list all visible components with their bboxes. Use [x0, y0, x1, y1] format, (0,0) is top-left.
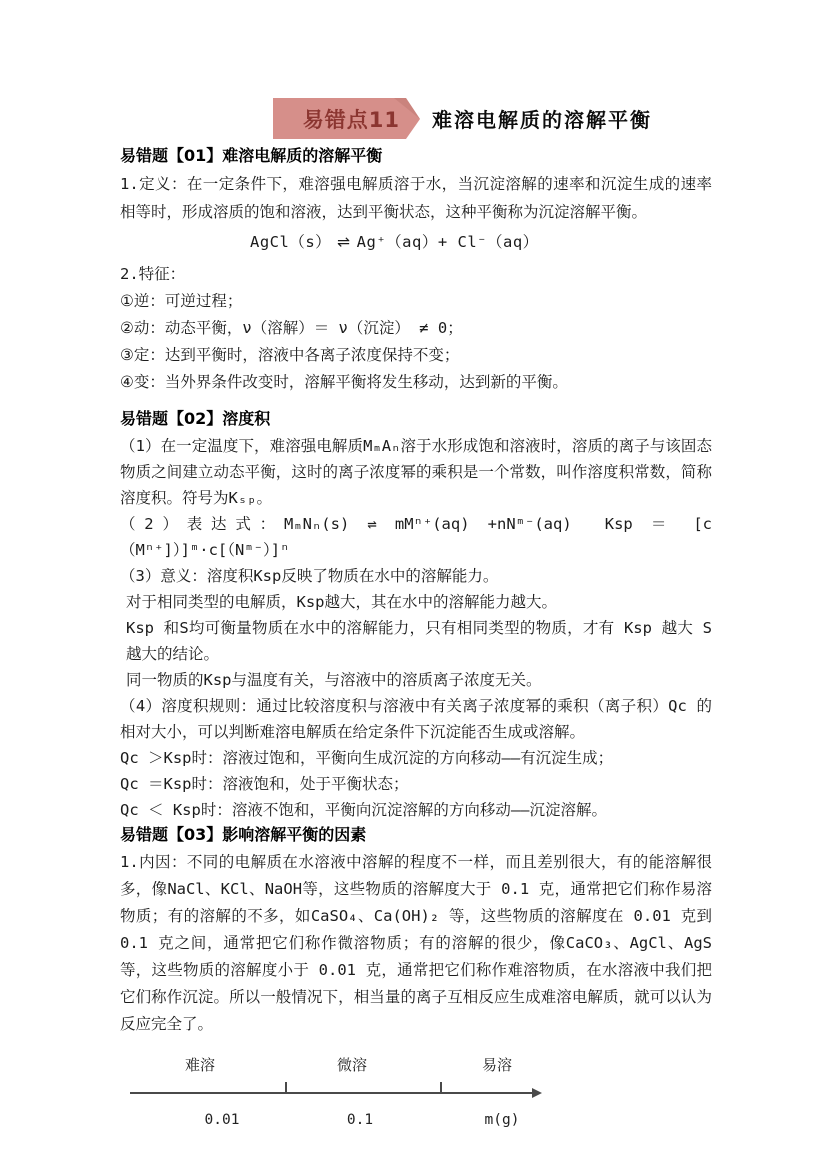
section2-heading: 易错题【02】溶度积	[120, 409, 712, 429]
ksp-solubility-paragraph: Ksp 和S均可衡量物质在水中的溶解能力，只有相同类型的物质，才有 Ksp 越大…	[120, 615, 712, 667]
internal-factor-paragraph: 1.内因：不同的电解质在水溶液中溶解的程度不一样，而且差别很大，有的能溶解很多，…	[120, 849, 712, 1038]
section1-heading: 易错题【01】难溶电解质的溶解平衡	[120, 146, 712, 166]
axis-arrowhead-icon	[532, 1088, 542, 1098]
axis-tick-0-01	[285, 1082, 287, 1093]
section3-heading: 易错题【03】影响溶解平衡的因素	[120, 825, 712, 845]
qc-less-line: Qc ＜ Ksp时：溶液不饱和，平衡向沉淀溶解的方向移动——沉淀溶解。	[120, 797, 712, 823]
title-row: 易错点11 难溶电解质的溶解平衡	[120, 97, 712, 140]
document-content: 易错点11 难溶电解质的溶解平衡 易错题【01】难溶电解质的溶解平衡 1.定义：…	[120, 97, 712, 1138]
feature-item-reversible: ①逆：可逆过程；	[120, 288, 712, 315]
banner-tag-label: 易错点11	[273, 98, 400, 139]
ksp-definition-paragraph: （1）在一定温度下，难溶强电解质MₘAₙ溶于水形成饱和溶液时，溶质的离子与该固态…	[120, 433, 712, 511]
region-label-insoluble: 难溶	[185, 1054, 215, 1075]
qc-greater-line: Qc ＞Ksp时：溶液过饱和，平衡向生成沉淀的方向移动——有沉淀生成；	[120, 745, 712, 771]
equilibrium-arrow-icon: ⇌	[331, 233, 357, 251]
definition-paragraph: 1.定义：在一定条件下，难溶强电解质溶于水，当沉淀溶解的速率和沉淀生成的速率相等…	[120, 170, 712, 226]
axis-value-0-1: 0.1	[347, 1112, 373, 1128]
ksp-rule-paragraph: （4）溶度积规则：通过比较溶度积与溶液中有关离子浓度幂的乘积（离子积）Qc 的相…	[120, 693, 712, 745]
title-banner: 易错点11	[273, 98, 420, 139]
qc-equal-line: Qc ＝Ksp时：溶液饱和，处于平衡状态；	[120, 771, 712, 797]
solubility-number-line-diagram: 难溶 微溶 易溶 0.01 0.1 m(g)	[120, 1054, 712, 1138]
agcl-equilibrium-equation: AgCl（s）⇌Ag⁺（aq）+ Cl⁻（aq）	[120, 228, 712, 256]
region-label-slightly-soluble: 微溶	[337, 1054, 367, 1075]
feature-item-constant: ③定：达到平衡时，溶液中各离子浓度保持不变；	[120, 342, 712, 369]
features-title: 2.特征：	[120, 260, 712, 288]
feature-item-shift: ④变：当外界条件改变时，溶解平衡将发生移动，达到新的平衡。	[120, 369, 712, 396]
region-label-soluble: 易溶	[482, 1054, 512, 1075]
equation-right: Ag⁺（aq）+ Cl⁻（aq）	[357, 233, 539, 251]
ksp-meaning-paragraph: （3）意义：溶度积Ksp反映了物质在水中的溶解能力。	[120, 563, 712, 589]
ksp-temperature-paragraph: 同一物质的Ksp与温度有关，与溶液中的溶质离子浓度无关。	[120, 667, 712, 693]
solubility-axis-line	[130, 1092, 534, 1094]
feature-item-dynamic: ②动：动态平衡，ν（溶解）＝ ν（沉淀） ≠ 0；	[120, 315, 712, 342]
document-page: 易错点11 难溶电解质的溶解平衡 易错题【01】难溶电解质的溶解平衡 1.定义：…	[0, 0, 827, 1169]
page-title: 难溶电解质的溶解平衡	[432, 104, 652, 133]
equation-left: AgCl（s）	[250, 233, 331, 251]
ksp-same-type-paragraph: 对于相同类型的电解质，Ksp越大，其在水中的溶解能力越大。	[120, 589, 712, 615]
ksp-expression-paragraph: （2）表达式：MₘNₙ(s) ⇌ mMⁿ⁺(aq) +nNᵐ⁻(aq) Ksp …	[120, 511, 712, 563]
axis-unit-label: m(g)	[485, 1112, 520, 1128]
axis-tick-0-1	[440, 1082, 442, 1093]
axis-value-0-01: 0.01	[205, 1112, 240, 1128]
